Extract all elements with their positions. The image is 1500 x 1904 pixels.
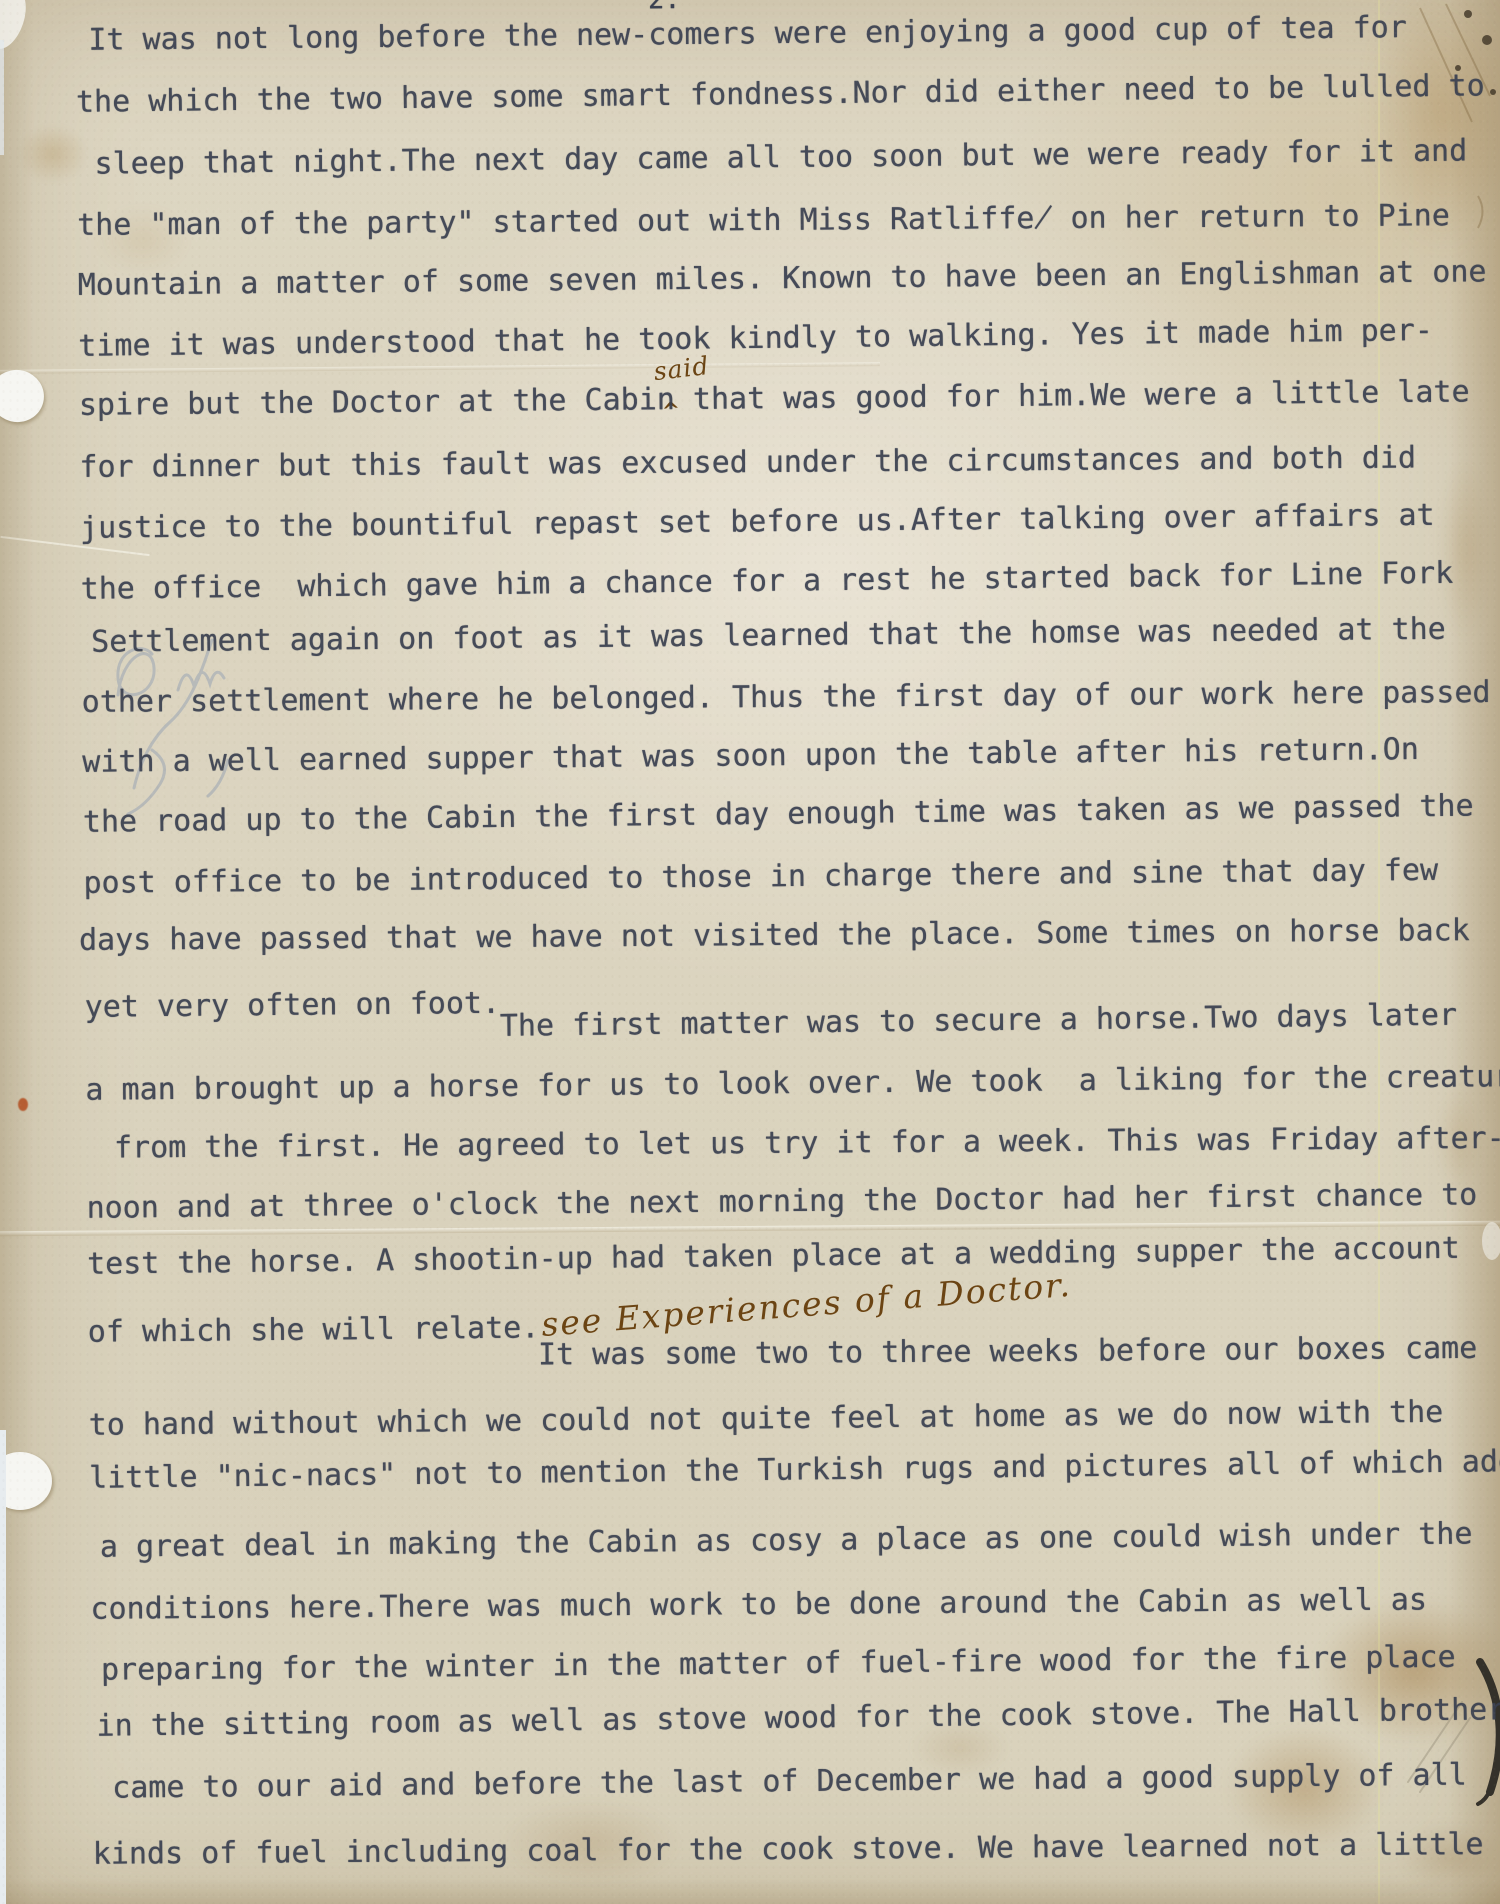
typed-line: days have passed that we have not visite… <box>79 916 1470 956</box>
typed-line: other settlement where he belonged. Thus… <box>82 678 1491 718</box>
document-page: 2. said ^ see Experiences of a Doctor. I… <box>0 0 1500 1904</box>
typed-line: a man brought up a horse for us to look … <box>85 1062 1500 1106</box>
typed-line: sleep that night.The next day came all t… <box>94 136 1467 179</box>
typed-line: the "man of the party" started out with … <box>77 201 1450 241</box>
typed-line: test the horse. A shootin-up had taken p… <box>87 1234 1460 1280</box>
typed-line: kinds of fuel including coal for the coo… <box>93 1830 1484 1870</box>
typed-line: noon and at three o'clock the next morni… <box>86 1180 1477 1223</box>
typed-line: the office which gave him a chance for a… <box>80 559 1453 605</box>
typed-line: came to our aid and before the last of D… <box>112 1761 1467 1804</box>
typed-line: little "nic-nacs" not to mention the Tur… <box>89 1447 1500 1494</box>
typed-line: post office to be introduced to those in… <box>83 856 1438 899</box>
typed-line: It was not long before the new-comers we… <box>88 13 1407 56</box>
typed-line: time it was understood that he took kind… <box>78 316 1433 362</box>
typed-line: Settlement again on foot as it was learn… <box>91 615 1446 658</box>
typed-line: to hand without which we could not quite… <box>89 1398 1444 1441</box>
typed-line: from the first. He agreed to let us try … <box>114 1124 1500 1164</box>
typed-line: justice to the bountiful repast set befo… <box>80 501 1435 544</box>
typed-line: a great deal in making the Cabin as cosy… <box>100 1520 1473 1563</box>
typed-line: the road up to the Cabin the first day e… <box>83 792 1474 838</box>
typed-line: with a well earned supper that was soon … <box>82 735 1419 778</box>
typed-line: conditions here.There was much work to b… <box>90 1585 1427 1624</box>
typed-line: the which the two have some smart fondne… <box>76 71 1485 117</box>
typed-line: of which she will relate. <box>88 1313 540 1347</box>
typed-line: for dinner but this fault was excused un… <box>79 444 1416 483</box>
typed-line: yet very often on foot. <box>85 989 501 1023</box>
typed-line: in the sitting room as well as stove woo… <box>96 1695 1500 1742</box>
typed-line: It was some two to three weeks before ou… <box>538 1334 1477 1371</box>
paper-sheet: 2. said ^ see Experiences of a Doctor. I… <box>0 0 1500 1904</box>
typed-line: Mountain a matter of some seven miles. K… <box>78 257 1487 301</box>
typed-line: spire but the Doctor at the Cabin that w… <box>79 377 1470 420</box>
handwritten-note: see Experiences of a Doctor. <box>540 1265 1073 1344</box>
typed-line: The first matter was to secure a horse.T… <box>500 1001 1458 1042</box>
typed-text-layer: 2. said ^ see Experiences of a Doctor. I… <box>0 0 1500 1904</box>
typed-line: preparing for the winter in the matter o… <box>101 1643 1456 1686</box>
page-number: 2. <box>648 0 681 15</box>
